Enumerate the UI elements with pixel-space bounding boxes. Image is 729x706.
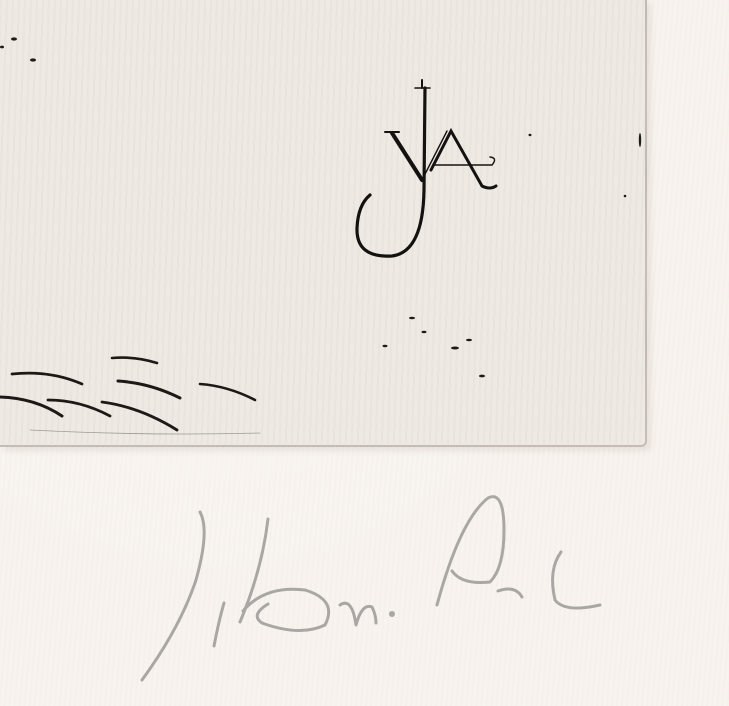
pencil-signature [142, 497, 600, 680]
hatching-strokes [0, 358, 260, 434]
artwork [0, 0, 729, 706]
monogram-jva [357, 80, 496, 256]
etching-photo [0, 0, 729, 706]
etched-specks [0, 37, 641, 377]
